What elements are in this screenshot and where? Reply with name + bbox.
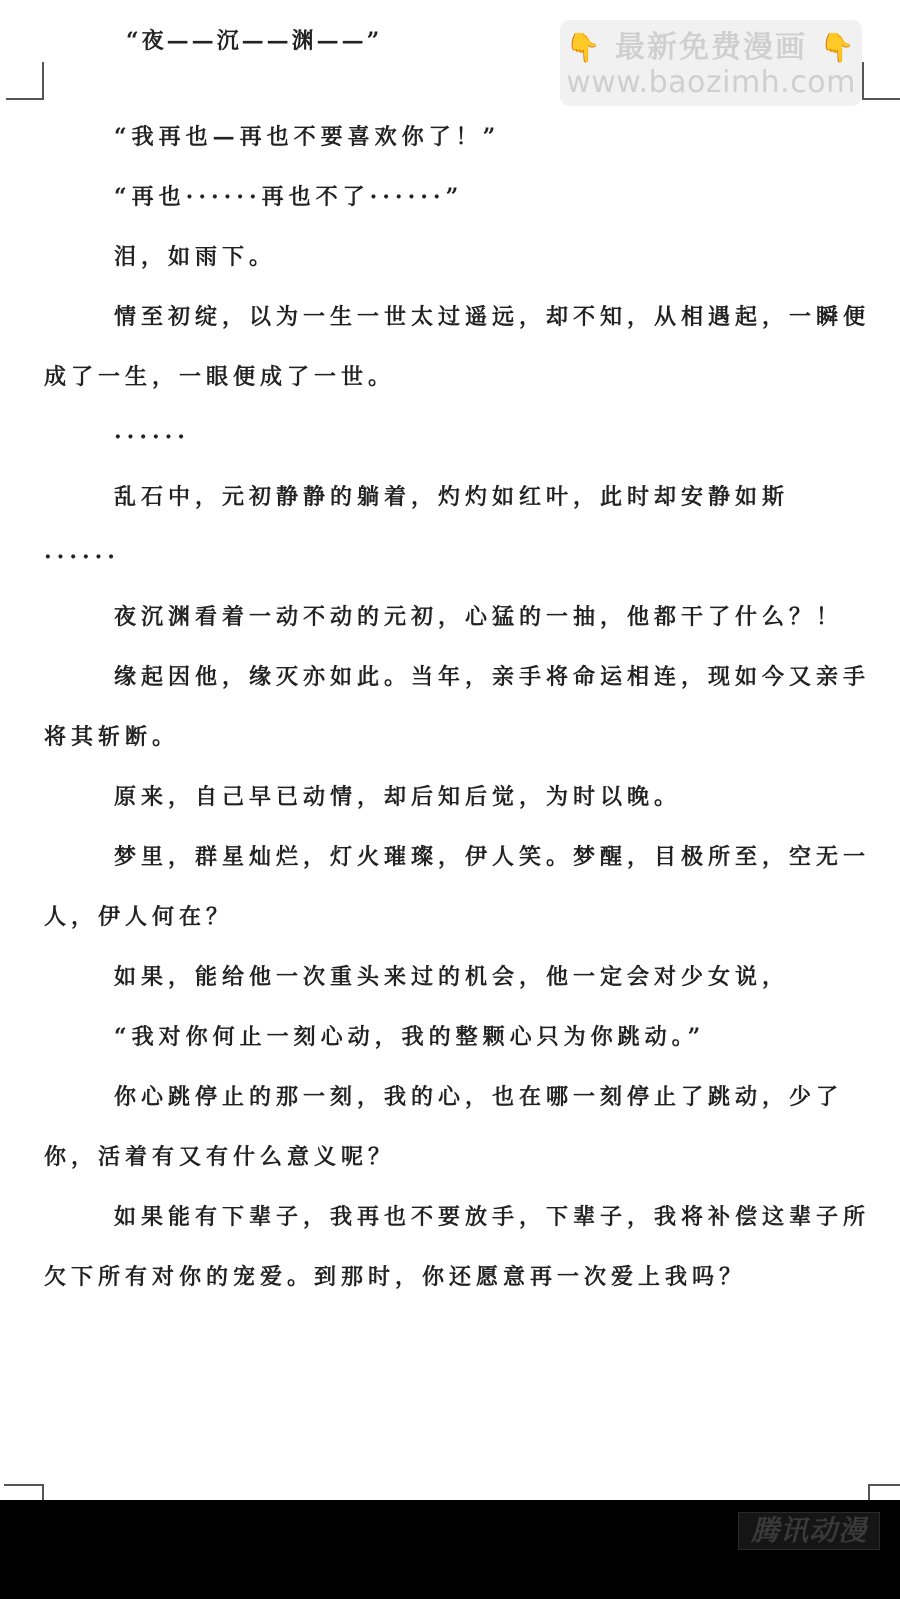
document-page: “夜——沉——渊——” “我再也—再也不要喜欢你了！” “再也······再也不… xyxy=(0,0,900,1500)
text-line: 原来，自己早已动情，却后知后觉，为时以晚。 xyxy=(114,782,681,812)
watermark-url[interactable]: www.baozimh.com xyxy=(560,66,862,100)
ellipsis-line: ······ xyxy=(44,542,120,572)
pointing-down-hand-icon: 👇 xyxy=(819,30,856,66)
ellipsis-line: ······ xyxy=(114,422,190,452)
quote-line: “我对你何止一刻心动，我的整颗心只为你跳动。” xyxy=(114,1022,705,1052)
crop-mark-top-left xyxy=(6,62,44,100)
text-line: 你心跳停止的那一刻，我的心，也在哪一刻停止了跳动，少了 xyxy=(114,1082,843,1112)
title-line: “夜——沉——渊——” xyxy=(126,26,382,56)
text-line: 人，伊人何在？ xyxy=(44,902,233,932)
text-line: 泪，如雨下。 xyxy=(114,242,276,272)
text-line: 如果，能给他一次重头来过的机会，他一定会对少女说， xyxy=(114,962,789,992)
text-line: 如果能有下辈子，我再也不要放手，下辈子，我将补偿这辈子所 xyxy=(114,1202,870,1232)
watermark-banner[interactable]: 👇 最新免费漫画 👇 www.baozimh.com xyxy=(560,20,862,106)
watermark-slogan: 最新免费漫画 xyxy=(615,30,807,65)
pointing-down-hand-icon: 👇 xyxy=(566,30,603,66)
text-line: 梦里，群星灿烂，灯火璀璨，伊人笑。梦醒，目极所至，空无一 xyxy=(114,842,870,872)
text-line: 夜沉渊看着一动不动的元初，心猛的一抽，他都干了什么？！ xyxy=(114,602,843,632)
text-line: 情至初绽，以为一生一世太过遥远，却不知，从相遇起，一瞬便 xyxy=(114,302,870,332)
text-line: “再也······再也不了······” xyxy=(114,182,463,212)
text-line: 成了一生，一眼便成了一世。 xyxy=(44,362,395,392)
text-line: 你，活着有又有什么意义呢？ xyxy=(44,1142,395,1172)
publisher-logo: 腾讯动漫 xyxy=(738,1512,880,1550)
text-line: 乱石中，元初静静的躺着，灼灼如红叶，此时却安静如斯 xyxy=(114,482,789,512)
text-line: 缘起因他，缘灭亦如此。当年，亲手将命运相连，现如今又亲手 xyxy=(114,662,870,692)
text-line: 将其斩断。 xyxy=(44,722,179,752)
text-line: “我再也—再也不要喜欢你了！” xyxy=(114,122,500,152)
crop-mark-top-right xyxy=(862,62,900,100)
text-line: 欠下所有对你的宠爱。到那时，你还愿意再一次爱上我吗？ xyxy=(44,1262,746,1292)
